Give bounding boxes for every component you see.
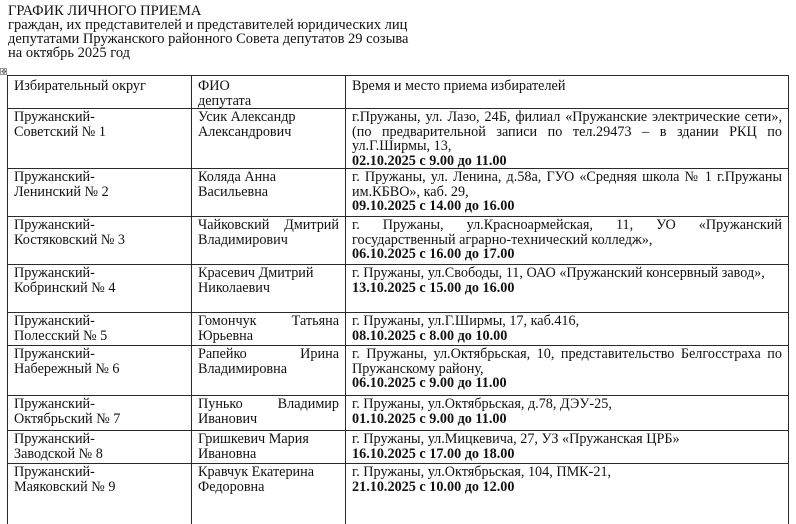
deputy-name: Рапейко Ирина Владимировна	[198, 347, 339, 376]
table-row: Пружанский- Набережный № 6 Рапейко Ирина…	[8, 346, 789, 396]
deputy-cell: Гомончук Татьяна Юрьевна	[192, 313, 346, 346]
deputy-cell: Гришкевич Мария Ивановна	[192, 431, 346, 464]
table-row: Пружанский- Костяковский № 3 Чайковский …	[8, 217, 789, 265]
district-line-2: Костяковский № 3	[14, 233, 185, 248]
district-cell: Пружанский- Октябрьский № 7	[8, 396, 192, 431]
header-district: Избирательный округ	[8, 76, 192, 109]
header-deputy: ФИО депутата	[192, 76, 346, 109]
time-place-cell: г.Пружаны, ул. Лазо, 24Б, филиал «Пружан…	[346, 109, 789, 169]
district-cell: Пружанский- Кобринский № 4	[8, 265, 192, 313]
district-cell: Пружанский- Советский № 1	[8, 109, 192, 169]
district-line-2: Октябрьский № 7	[14, 412, 185, 427]
header-time-place-label: Время и место приема избирателей	[352, 78, 565, 94]
document-title: ГРАФИК ЛИЧНОГО ПРИЕМА	[8, 4, 408, 18]
table-row: Пружанский- Советский № 1 Усик Александр…	[8, 109, 789, 169]
reception-datetime: 02.10.2025 с 9.00 до 11.00	[352, 153, 507, 169]
reception-address: г. Пружаны, ул.Мицкевича, 27, УЗ «Пружан…	[352, 432, 782, 447]
time-place-cell: г. Пружаны, ул. Ленина, д.58а, ГУО «Сред…	[346, 169, 789, 217]
table-move-handle-icon[interactable]: ✥	[0, 68, 7, 75]
table-header-row: Избирательный округ ФИО депутата Время и…	[8, 76, 789, 109]
reception-address: г. Пружаны, ул.Октябрьская, д.78, ДЭУ-25…	[352, 397, 782, 412]
deputy-cell: Коляда Анна Васильевна	[192, 169, 346, 217]
district-line-2: Полесский № 5	[14, 329, 185, 344]
district-cell: Пружанский- Заводской № 8	[8, 431, 192, 464]
table-row: Пружанский- Октябрьский № 7 Пунько Влади…	[8, 396, 789, 431]
district-line-1: Пружанский-	[14, 314, 185, 329]
time-place-cell: г. Пружаны, ул.Октябрьская, д.78, ДЭУ-25…	[346, 396, 789, 431]
deputy-name: Красевич Дмитрий Николаевич	[198, 266, 323, 295]
deputy-cell: Усик Александр Александрович	[192, 109, 346, 169]
reception-address: г. Пружаны, ул.Красноармейская, 11, УО «…	[352, 218, 782, 247]
district-line-2: Ленинский № 2	[14, 185, 185, 200]
time-place-cell: г. Пружаны, ул.Октябрьская, 104, ПМК-21,…	[346, 464, 789, 524]
time-place-cell: г. Пружаны, ул.Г.Ширмы, 17, каб.416, 08.…	[346, 313, 789, 346]
reception-datetime: 08.10.2025 с 8.00 до 10.00	[352, 328, 507, 344]
district-line-1: Пружанский-	[14, 266, 185, 281]
reception-datetime: 21.10.2025 с 10.00 до 12.00	[352, 479, 514, 495]
district-line-1: Пружанский-	[14, 170, 185, 185]
reception-address: г. Пружаны, ул.Свободы, 11, ОАО «Пружанс…	[352, 266, 782, 281]
document-heading: ГРАФИК ЛИЧНОГО ПРИЕМА граждан, их предст…	[8, 4, 408, 60]
table-row: Пружанский- Полесский № 5 Гомончук Татья…	[8, 313, 789, 346]
district-line-2: Набережный № 6	[14, 362, 185, 377]
reception-datetime: 01.10.2025 с 9.00 до 11.00	[352, 411, 507, 427]
table-row: Пружанский- Кобринский № 4 Красевич Дмит…	[8, 265, 789, 313]
reception-address: г. Пружаны, ул.Октябрьская, 104, ПМК-21,	[352, 465, 782, 480]
reception-address: г. Пружаны, ул. Ленина, д.58а, ГУО «Сред…	[352, 170, 782, 199]
reception-datetime: 06.10.2025 с 9.00 до 11.00	[352, 375, 507, 391]
district-cell: Пружанский- Набережный № 6	[8, 346, 192, 396]
district-line-1: Пружанский-	[14, 347, 185, 362]
district-line-1: Пружанский-	[14, 432, 185, 447]
reception-datetime: 09.10.2025 с 14.00 до 16.00	[352, 198, 514, 214]
deputy-cell: Красевич Дмитрий Николаевич	[192, 265, 346, 313]
deputy-name: Кравчук Екатерина Федоровна	[198, 465, 323, 494]
district-cell: Пружанский- Костяковский № 3	[8, 217, 192, 265]
reception-address: г. Пружаны, ул.Г.Ширмы, 17, каб.416,	[352, 314, 782, 329]
header-deputy-line-1: ФИО	[198, 79, 339, 94]
reception-datetime: 16.10.2025 с 17.00 до 18.00	[352, 446, 514, 462]
header-deputy-line-2: депутата	[198, 94, 339, 109]
deputy-cell: Кравчук Екатерина Федоровна	[192, 464, 346, 524]
time-place-cell: г. Пружаны, ул.Мицкевича, 27, УЗ «Пружан…	[346, 431, 789, 464]
district-line-1: Пружанский-	[14, 465, 185, 480]
deputy-name: Пунько Владимир Иванович	[198, 397, 339, 426]
time-place-cell: г. Пружаны, ул.Октябрьская, 10, представ…	[346, 346, 789, 396]
district-line-2: Советский № 1	[14, 125, 185, 140]
district-cell: Пружанский- Ленинский № 2	[8, 169, 192, 217]
deputy-cell: Чайковский Дмитрий Владимирович	[192, 217, 346, 265]
reception-datetime: 06.10.2025 с 16.00 до 17.00	[352, 246, 514, 262]
time-place-cell: г. Пружаны, ул.Красноармейская, 11, УО «…	[346, 217, 789, 265]
deputy-name: Коляда Анна Васильевна	[198, 170, 308, 199]
deputy-cell: Рапейко Ирина Владимировна	[192, 346, 346, 396]
deputy-name: Гришкевич Мария Ивановна	[198, 432, 323, 461]
district-line-2: Кобринский № 4	[14, 281, 185, 296]
district-line-2: Маяковский № 9	[14, 480, 185, 495]
reception-schedule-table: Избирательный округ ФИО депутата Время и…	[7, 75, 789, 524]
table-row: Пружанский- Заводской № 8 Гришкевич Мари…	[8, 431, 789, 464]
district-line-1: Пружанский-	[14, 218, 185, 233]
deputy-name: Чайковский Дмитрий Владимирович	[198, 218, 339, 247]
reception-datetime: 13.10.2025 с 15.00 до 16.00	[352, 280, 514, 296]
document-subtitle-line-3: на октябрь 2025 год	[8, 46, 408, 60]
deputy-name: Усик Александр Александрович	[198, 110, 308, 139]
header-time-place: Время и место приема избирателей	[346, 76, 789, 109]
time-place-cell: г. Пружаны, ул.Свободы, 11, ОАО «Пружанс…	[346, 265, 789, 313]
district-line-1: Пружанский-	[14, 110, 185, 125]
reception-address: г. Пружаны, ул.Октябрьская, 10, представ…	[352, 347, 782, 376]
reception-address: г.Пружаны, ул. Лазо, 24Б, филиал «Пружан…	[352, 110, 782, 154]
document-subtitle-line-1: граждан, их представителей и представите…	[8, 18, 408, 32]
district-cell: Пружанский- Маяковский № 9	[8, 464, 192, 524]
table-row: Пружанский- Ленинский № 2 Коляда Анна Ва…	[8, 169, 789, 217]
table-row: Пружанский- Маяковский № 9 Кравчук Екате…	[8, 464, 789, 524]
district-line-1: Пружанский-	[14, 397, 185, 412]
deputy-name: Гомончук Татьяна Юрьевна	[198, 314, 339, 343]
district-line-2: Заводской № 8	[14, 447, 185, 462]
document-subtitle-line-2: депутатами Пружанского районного Совета …	[8, 32, 408, 46]
header-district-label: Избирательный округ	[14, 78, 146, 94]
district-cell: Пружанский- Полесский № 5	[8, 313, 192, 346]
deputy-cell: Пунько Владимир Иванович	[192, 396, 346, 431]
